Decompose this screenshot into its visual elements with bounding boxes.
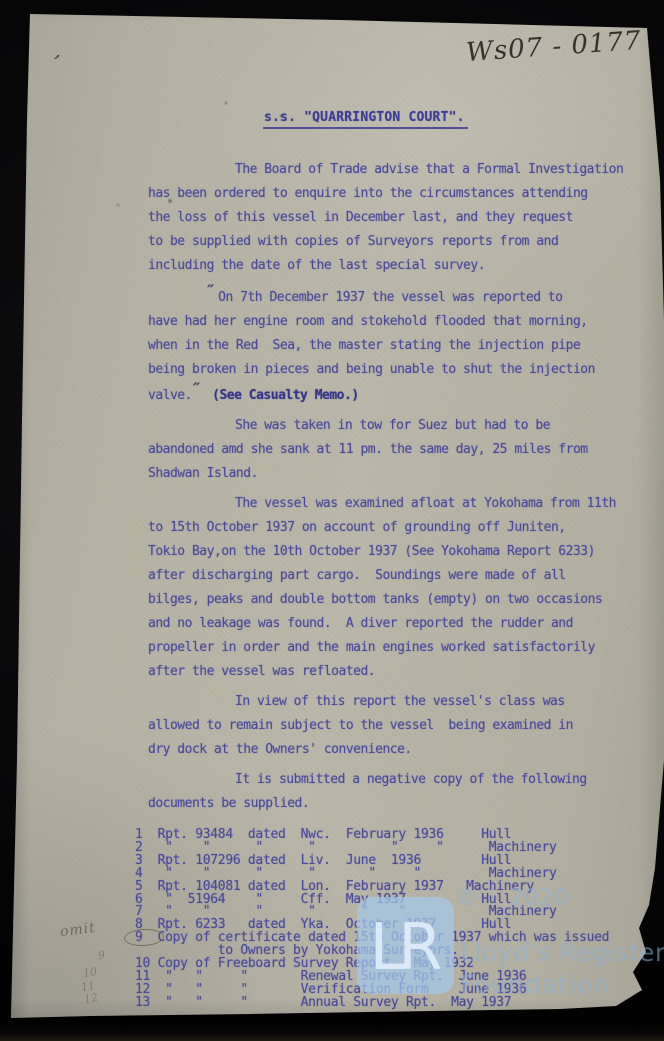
list-line: 13 " " " Annual Survey Rpt. May 1937 xyxy=(135,997,609,1010)
omit-annotation: omit xyxy=(59,920,96,940)
handwritten-close-quote: ″ xyxy=(193,377,198,401)
stray-pen-mark: ’ xyxy=(48,50,61,75)
scanned-photo-background: ’ Ws07 - 01771/2 s.s. "QUARRINGTON COURT… xyxy=(0,0,664,1041)
handwritten-reference: Ws07 - 01771/2 xyxy=(465,24,664,68)
casualty-memo-note: (See Casualty Memo.) xyxy=(212,388,359,403)
paragraph-3: She was taken in tow for Suez but had to… xyxy=(148,414,634,486)
document-body: The Board of Trade advise that a Formal … xyxy=(148,158,634,822)
reference-fraction: 1/2 xyxy=(646,27,664,43)
reference-number: Ws07 - 0177 xyxy=(465,26,642,68)
paragraph-5: In view of this report the vessel's clas… xyxy=(148,690,634,762)
handwritten-open-quote: ″ xyxy=(207,279,212,303)
document-page: ’ Ws07 - 01771/2 s.s. "QUARRINGTON COURT… xyxy=(0,0,664,1041)
renumber-annotation: 9 xyxy=(97,948,106,962)
renumber-annotation: 10 xyxy=(82,965,98,980)
paragraph-1: The Board of Trade advise that a Formal … xyxy=(148,158,634,278)
page-title: s.s. "QUARRINGTON COURT". xyxy=(263,110,468,129)
document-list: 1 Rpt. 93484 dated Nwc. February 1936 Hu… xyxy=(135,829,609,1010)
paragraph-2: ″On 7th December 1937 the vessel was rep… xyxy=(148,284,634,408)
paragraph-2-text: On 7th December 1937 the vessel was repo… xyxy=(148,290,595,403)
paragraph-4: The vessel was examined afloat at Yokoha… xyxy=(148,492,634,684)
paragraph-6: It is submitted a negative copy of the f… xyxy=(148,768,634,816)
renumber-annotation: 12 xyxy=(83,991,99,1006)
